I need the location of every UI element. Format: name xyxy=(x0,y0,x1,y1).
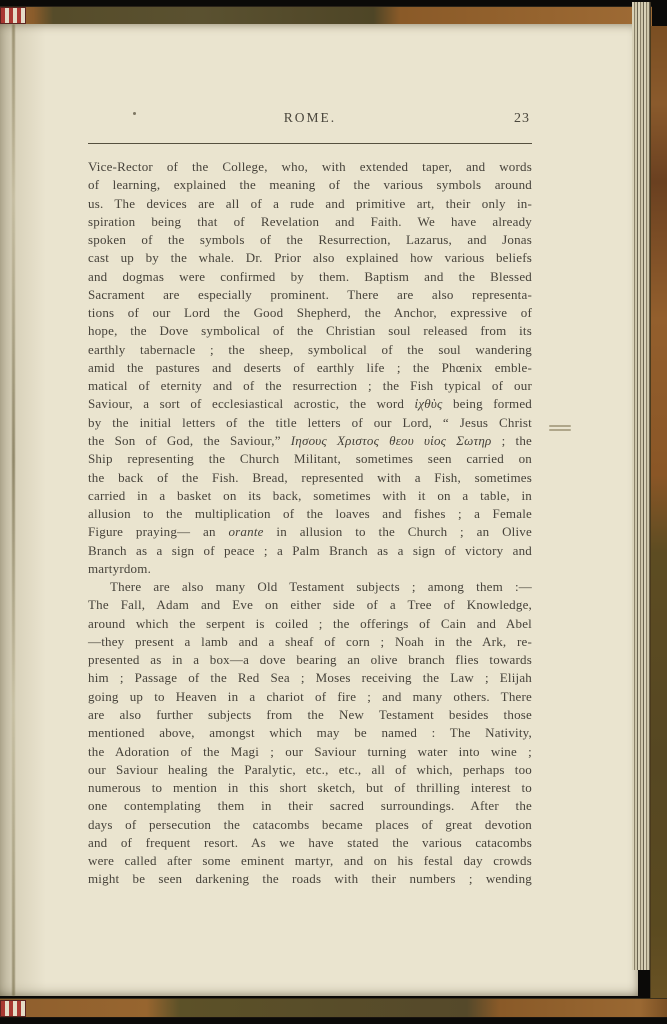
running-head: ROME. 23 xyxy=(88,110,532,128)
book-cover-bottom-edge xyxy=(0,998,667,1018)
book-cover-right-edge xyxy=(650,26,667,1002)
text-line: allusion to the multiplication of the lo… xyxy=(88,505,532,523)
text-line: —they present a lamb and a sheaf of corn… xyxy=(88,633,532,651)
text-line: days of persecution the catacombs became… xyxy=(88,816,532,834)
text-line: him ; Passage of the Red Sea ; Moses rec… xyxy=(88,669,532,687)
text-line: around which the serpent is coiled ; the… xyxy=(88,615,532,633)
text-line: were called after some eminent martyr, a… xyxy=(88,852,532,870)
text-line: the Adoration of the Magi ; our Saviour … xyxy=(88,743,532,761)
text-line: carried in a basket on its back, sometim… xyxy=(88,487,532,505)
text-line: us. The devices are all of a rude and pr… xyxy=(88,195,532,213)
text-line: going up to Heaven in a chariot of fire … xyxy=(88,688,532,706)
text-line: cast up by the whale. Dr. Prior also exp… xyxy=(88,249,532,267)
text-line: earthly tabernacle ; the sheep, symbolic… xyxy=(88,341,532,359)
text-line: Ship representing the Church Militant, s… xyxy=(88,450,532,468)
body-text: Vice-Rector of the College, who, with ex… xyxy=(88,158,532,889)
text-line: might be seen darkening the roads with t… xyxy=(88,870,532,888)
text-line: matical of eternity and of the resurrect… xyxy=(88,377,532,395)
text-line: martyrdom. xyxy=(88,560,532,578)
page-number: 23 xyxy=(514,111,530,127)
page-gutter-crease xyxy=(12,24,15,996)
text-line: the back of the Fish. Bread, represented… xyxy=(88,469,532,487)
headband-stripes-bottom xyxy=(0,1000,26,1017)
text-line: one contemplating them in their sacred s… xyxy=(88,797,532,815)
text-line: hope, the Dove symbolical of the Christi… xyxy=(88,322,532,340)
headband-stripes-top xyxy=(0,7,26,24)
text-line: tions of our Lord the Good Shepherd, the… xyxy=(88,304,532,322)
text-line: amid the pastures and deserts of earthly… xyxy=(88,359,532,377)
text-line: spoken of the symbols of the Resurrectio… xyxy=(88,231,532,249)
text-line: our Saviour healing the Paralytic, etc.,… xyxy=(88,761,532,779)
text-line: Vice-Rector of the College, who, with ex… xyxy=(88,158,532,176)
text-line: Sacrament are especially prominent. Ther… xyxy=(88,286,532,304)
text-block: ROME. 23 Vice-Rector of the College, who… xyxy=(88,110,532,128)
text-line: There are also many Old Testament subjec… xyxy=(88,578,532,596)
text-line: numerous to mention in this short sketch… xyxy=(88,779,532,797)
text-line: Figure praying— an orante in allusion to… xyxy=(88,523,532,541)
text-line: The Fall, Adam and Eve on either side of… xyxy=(88,596,532,614)
text-line: spiration being that of Revelation and F… xyxy=(88,213,532,231)
text-line: Branch as a sign of peace ; a Palm Branc… xyxy=(88,542,532,560)
page-stack-edges xyxy=(632,2,651,970)
text-line: presented as in a box—a dove bearing an … xyxy=(88,651,532,669)
text-line: by the initial letters of the title lett… xyxy=(88,414,532,432)
text-line: and dogmas were confirmed by them. Bapti… xyxy=(88,268,532,286)
header-rule xyxy=(88,143,532,144)
running-title: ROME. xyxy=(88,110,532,126)
page-gutter-shadow xyxy=(0,24,46,996)
text-line: are also further subjects from the New T… xyxy=(88,706,532,724)
book-scan: { "colors": { "page_background": "#eae4c… xyxy=(0,0,667,1024)
margin-marks xyxy=(549,423,571,433)
text-line: and of frequent resort. As we have state… xyxy=(88,834,532,852)
text-line: of learning, explained the meaning of th… xyxy=(88,176,532,194)
text-line: the Son of God, the Saviour,” Ιησους Χρι… xyxy=(88,432,532,450)
text-line: mentioned above, amongst which may be na… xyxy=(88,724,532,742)
text-line: Saviour, a sort of ecclesiastical acrost… xyxy=(88,395,532,413)
